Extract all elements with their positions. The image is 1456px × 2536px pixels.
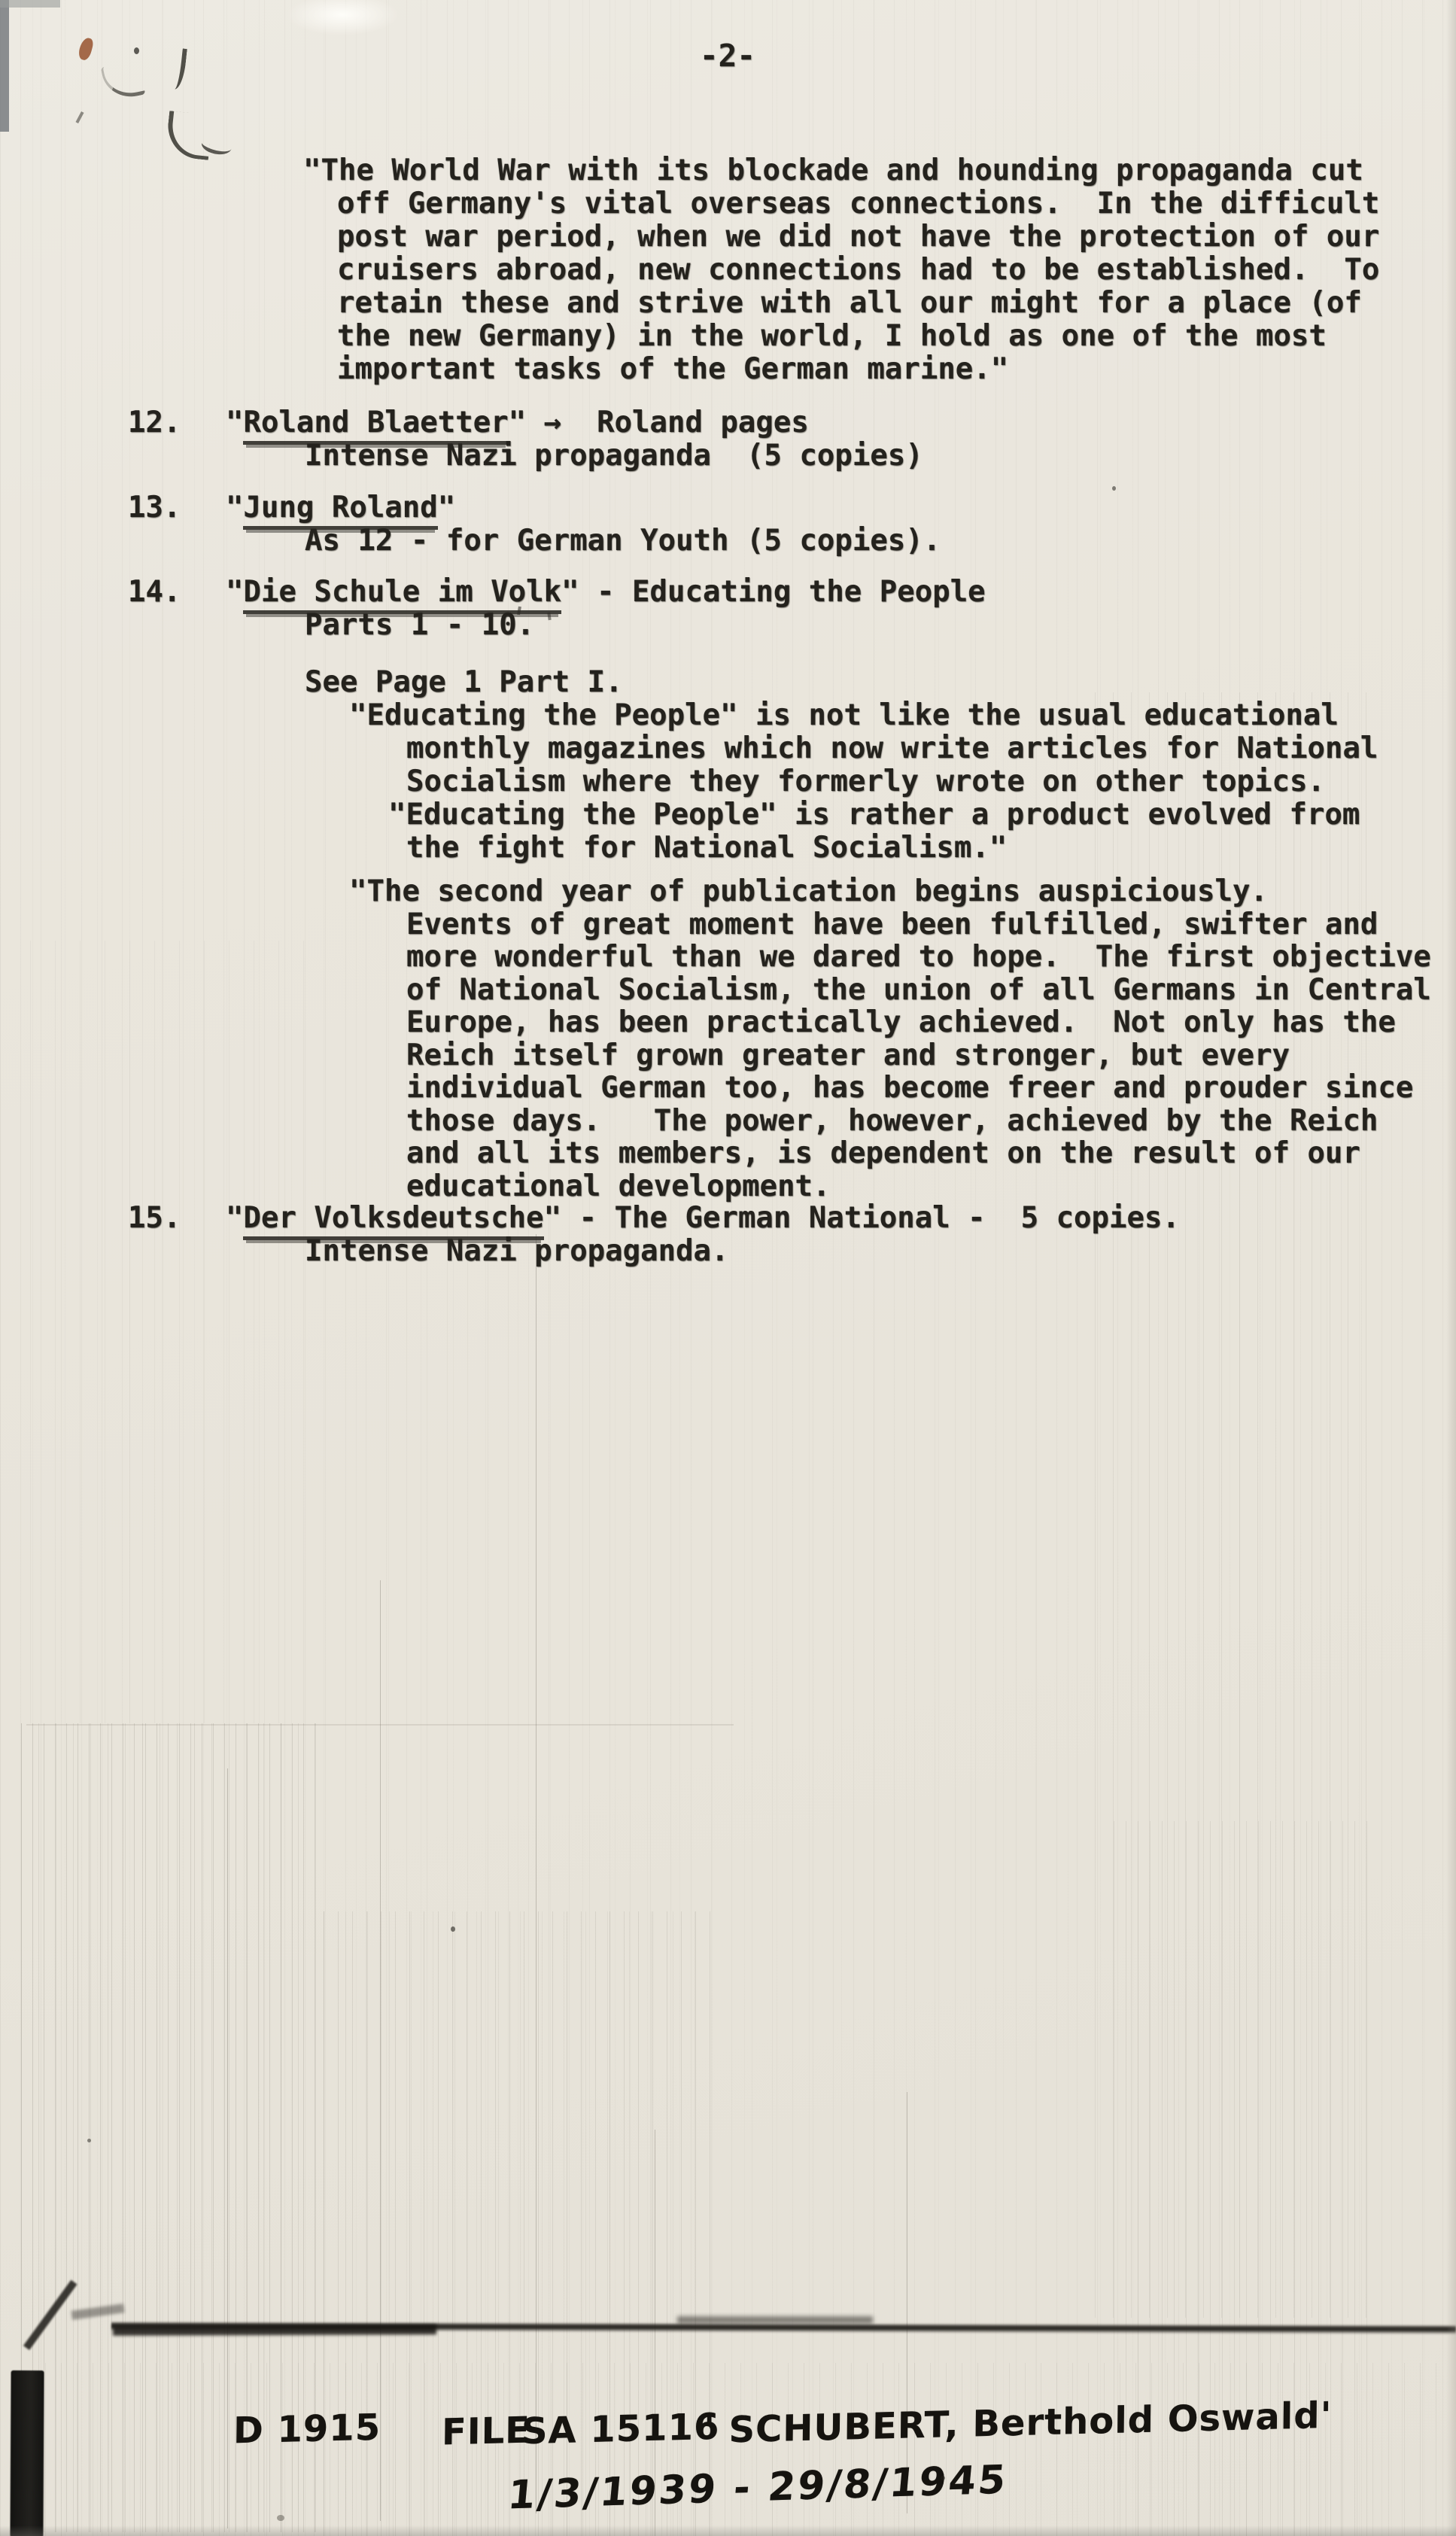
scan-streak-line: [536, 1234, 537, 2513]
typed-line: cruisers abroad, new connections had to …: [337, 254, 1379, 287]
typed-line: "The second year of publication begins a…: [349, 875, 1268, 908]
item-title-rest: → Roland pages: [526, 406, 809, 439]
typed-line: educational development.: [406, 1170, 831, 1203]
item-title-line: "Jung Roland": [226, 491, 455, 525]
item-subline: Intense Nazi propaganda.: [305, 1235, 729, 1268]
item-title-rest: - Educating the People: [579, 575, 986, 609]
typed-line: the new Germany) in the world, I hold as…: [337, 320, 1327, 353]
typed-line: retain these and strive with all our mig…: [337, 287, 1362, 320]
ink-speck: [277, 2515, 284, 2521]
handwritten-file-number: SA 15116: [521, 2406, 720, 2452]
ink-speck: [1112, 486, 1116, 491]
red-ink-fleck: [77, 36, 94, 61]
item-title-line: "Der Volksdeutsche" - The German Nationa…: [226, 1202, 1180, 1235]
quote-mark: ": [438, 491, 455, 525]
scan-smudge: [71, 2303, 125, 2320]
scanned-document-page: -2- "The World War with its blockade and…: [0, 0, 1456, 2536]
typed-line: important tasks of the German marine.": [337, 353, 1008, 386]
scan-diagonal-tick: [23, 2280, 78, 2350]
item-title-line: "Die Schule im Volk" - Educating the Peo…: [226, 576, 986, 609]
typed-line: individual German too, has become freer …: [406, 1072, 1413, 1105]
typed-line: "Educating the People" is rather a produ…: [388, 798, 1360, 832]
scan-horizontal-rule-bump: [677, 2316, 873, 2324]
typed-line: off Germany's vital overseas connections…: [337, 187, 1379, 220]
item-number: 15.: [128, 1202, 181, 1235]
scan-edge-artifact: [0, 0, 9, 132]
typed-line: post war period, when we did not have th…: [337, 220, 1379, 254]
handwritten-file-label: FILE: [442, 2410, 531, 2454]
ink-scribble: [199, 132, 233, 158]
scan-streak-line: [380, 1580, 381, 2521]
scan-streak-line: [227, 1768, 228, 2528]
quote-mark: ": [544, 1201, 561, 1235]
item-number: 13.: [128, 491, 181, 525]
quote-mark: ": [561, 575, 579, 609]
ink-speck: [451, 1926, 455, 1932]
typed-line: those days. The power, however, achieved…: [406, 1105, 1378, 1138]
scan-black-bar: [10, 2370, 44, 2536]
item-subline: Intense Nazi propaganda (5 copies): [305, 439, 923, 473]
typed-line: monthly magazines which now write articl…: [406, 732, 1378, 765]
item-subline: Parts 1 - 10.: [305, 609, 534, 642]
item-number: 14.: [128, 576, 181, 609]
ink-scribble: [171, 47, 187, 90]
scan-edge-artifact: [0, 0, 60, 8]
handwritten-date-range: 1/3/1939 - 29/8/1945: [506, 2458, 1010, 2516]
quote-mark: ": [509, 406, 526, 439]
quote-mark: ": [226, 575, 243, 609]
ink-scribble: [165, 111, 213, 160]
typed-line: Socialism where they formerly wrote on o…: [406, 765, 1325, 798]
typed-line: Reich itself grown greater and stronger,…: [406, 1039, 1290, 1072]
quote-mark: ": [226, 406, 243, 439]
quote-mark: ": [226, 491, 243, 525]
ink-scribble: [75, 111, 84, 123]
item-number: 12.: [128, 406, 181, 439]
quote-mark: ": [226, 1201, 243, 1235]
handwritten-reference: D 1915: [233, 2407, 381, 2452]
ink-speck: [87, 2139, 91, 2142]
scan-streaks-left-mid-band: [30, 941, 324, 1723]
scan-edge-bottom: [0, 2525, 1456, 2536]
handwritten-subject-name: ' SCHUBERT, Berthold Oswald': [704, 2395, 1333, 2452]
see-page-reference: See Page 1 Part I.: [305, 666, 623, 699]
typed-line: Europe, has been practically achieved. N…: [406, 1006, 1396, 1039]
item-title-rest: - The German National - 5 copies.: [561, 1201, 1180, 1235]
typed-line: of National Socialism, the union of all …: [406, 974, 1431, 1007]
item-subline: As 12 - for German Youth (5 copies).: [305, 525, 941, 558]
page-number: -2-: [700, 39, 755, 72]
faint-crease-line: [26, 1724, 734, 1726]
typed-line: "Educating the People" is not like the u…: [349, 699, 1339, 732]
scan-horizontal-rule-dark-segment: [113, 2325, 436, 2336]
scan-streak-line: [907, 2092, 907, 2513]
ink-scribble: [101, 59, 146, 102]
scan-edge-right: [1446, 0, 1456, 2536]
typed-line: the fight for National Socialism.": [406, 832, 1007, 865]
typed-line: and all its members, is dependent on the…: [406, 1137, 1360, 1170]
ink-scribble: [134, 47, 139, 54]
typed-line: Events of great moment have been fulfill…: [406, 908, 1378, 941]
scan-light-blob: [286, 0, 399, 35]
typed-line: "The World War with its blockade and hou…: [303, 154, 1363, 187]
item-title-line: "Roland Blaetter" → Roland pages: [226, 406, 809, 439]
typed-line: more wonderful than we dared to hope. Th…: [406, 941, 1431, 974]
scan-horizontal-rule: [111, 2321, 1456, 2335]
